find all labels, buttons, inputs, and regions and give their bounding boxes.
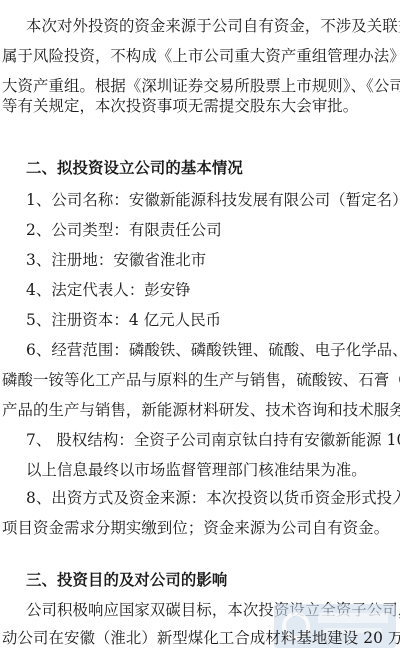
item-2-company-type: 2、公司类型：有限责任公司 [26, 220, 222, 240]
intro-line-2: 属于风险投资，不构成《上市公司重大资产重组管理办法》规定的重 [2, 46, 400, 66]
document-page: 本次对外投资的资金来源于公司自有资金，不涉及关联交易，不 属于风险投资，不构成《… [0, 0, 400, 654]
item-6-business-scope-line-3: 产品的生产与销售，新能源材料研发、技术咨询和技术服务。 [2, 400, 400, 420]
item-7-equity-structure: 7、 股权结构：全资子公司南京钛白持有安徽新能源 100%股权。 [26, 430, 400, 450]
watermark-text-block [318, 613, 388, 623]
intro-line-3: 大资产重组。根据《深圳证券交易所股票上市规则》、《公司章程》 [2, 76, 400, 96]
item-7-note: 以上信息最终以市场监督管理部门核准结果为准。 [26, 460, 367, 480]
item-4-legal-representative: 4、法定代表人：彭安铮 [26, 280, 191, 300]
item-8-funding-line-2: 项目资金需求分期实缴到位；资金来源为公司自有资金。 [2, 518, 389, 538]
section-2-heading: 二、拟投资设立公司的基本情况 [26, 158, 243, 178]
item-6-business-scope-line-2: 磷酸一铵等化工产品与原料的生产与销售，硫酸铵、石膏（制品）等副 [2, 370, 400, 390]
item-3-registered-address: 3、注册地：安徽省淮北市 [26, 250, 206, 270]
intro-line-1: 本次对外投资的资金来源于公司自有资金，不涉及关联交易，不 [26, 16, 400, 36]
item-6-business-scope-line-1: 6、经营范围：磷酸铁、磷酸铁锂、硫酸、电子化学品、磷酸、 [26, 340, 400, 360]
section-3-heading: 三、投资目的及对公司的影响 [26, 570, 227, 590]
section-3-line-2: 动公司在安徽（淮北）新型煤化工合成材料基地建设 20 万吨/年电 [2, 628, 400, 648]
intro-line-4: 等有关规定，本次投资事项无需提交股东大会审批。 [2, 96, 358, 116]
item-1-company-name: 1、公司名称：安徽新能源科技发展有限公司（暂定名） [26, 190, 400, 210]
item-5-registered-capital: 5、注册资本：4 亿元人民币 [26, 310, 221, 330]
item-8-funding-line-1: 8、出资方式及资金来源：本次投资以货币资金形式投入，根据 [26, 488, 400, 508]
